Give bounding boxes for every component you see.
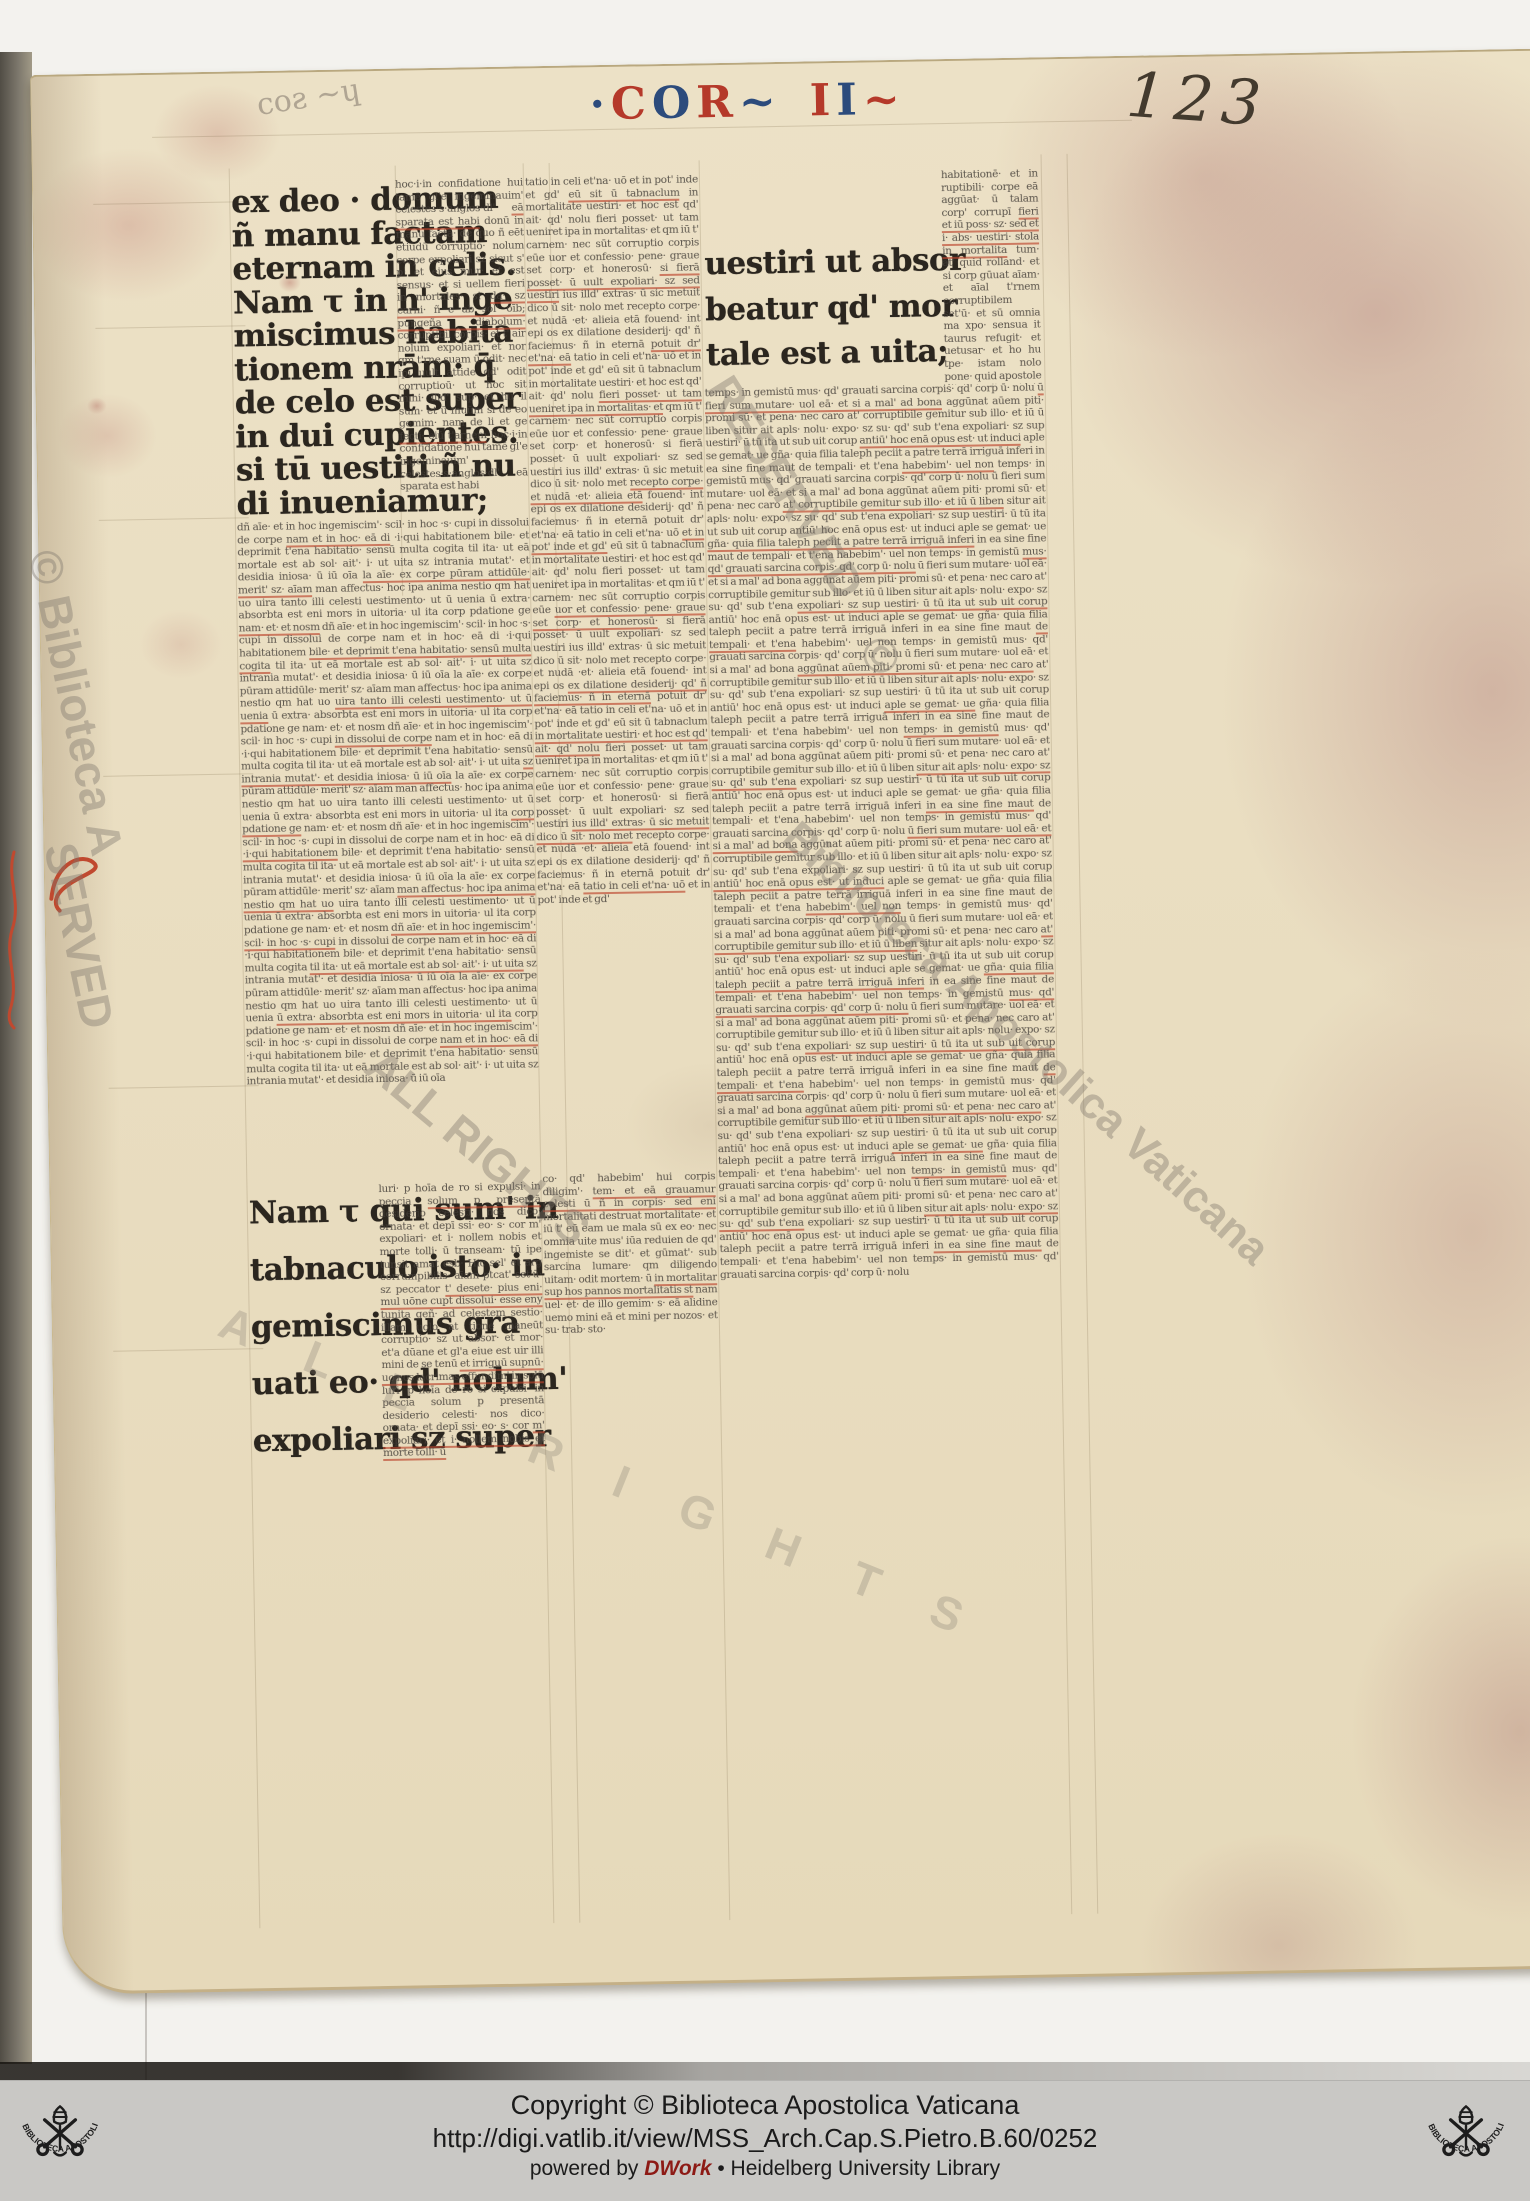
gloss-column-left-bottom: luri· p hoīa de ro si expulsi· in peccia… bbox=[378, 1180, 545, 1471]
book-gutter-shadow bbox=[0, 52, 32, 2064]
book-bottom-shadow bbox=[0, 2062, 1530, 2080]
running-title: ·COR~ II~ bbox=[589, 74, 906, 131]
source-url: http://digi.vatlib.it/view/MSS_Arch.Cap.… bbox=[0, 2123, 1530, 2154]
dwork-brand: DWork bbox=[644, 2157, 711, 2180]
powered-by-prefix: powered by bbox=[530, 2157, 644, 2180]
copyright-line: Copyright © Biblioteca Apostolica Vatica… bbox=[0, 2090, 1530, 2121]
copyright-footer-bar: BIBLIOTECA APOSTOLICA VATICANA BIBLIOTEC… bbox=[0, 2080, 1530, 2201]
pencil-annotation: coƨ ~ɥ bbox=[254, 72, 362, 123]
lemma-block-right: uestiri ut absorbeatur qd' mortale est a… bbox=[704, 238, 967, 379]
folio-number: 123 bbox=[1124, 58, 1271, 141]
powered-by-suffix: • Heidelberg University Library bbox=[712, 2157, 1001, 2180]
red-gutter-flourish bbox=[0, 850, 30, 1030]
manuscript-page: ·COR~ II~ 123 coƨ ~ɥ ex deo · domumñ man… bbox=[30, 48, 1530, 1994]
commentary-column-right: temps· in gemistū mus· qd' grauati sarci… bbox=[705, 381, 1063, 1499]
powered-by-line: powered by DWork • Heidelberg University… bbox=[0, 2157, 1530, 2181]
gloss-column-middle: tatio in celi et'na· uō et in pot' inde … bbox=[525, 173, 713, 1036]
gloss-column-left-top: hoc·i·in confidatione hui tamē gl'e inge… bbox=[395, 176, 529, 515]
red-marginal-paraph bbox=[44, 846, 105, 917]
digitized-manuscript-viewer: ·COR~ II~ 123 coƨ ~ɥ ex deo · domumñ man… bbox=[0, 0, 1530, 2201]
commentary-column-left: dñ aīe· et in hoc ingemiscim'· scil· in … bbox=[237, 516, 541, 1183]
gloss-column-right-margin: habitationē· et in ruptibili· corpe eā a… bbox=[941, 167, 1042, 385]
gloss-column-middle-bottom: co· qd' habebim' hui corpis diligim'· te… bbox=[542, 1170, 718, 1341]
